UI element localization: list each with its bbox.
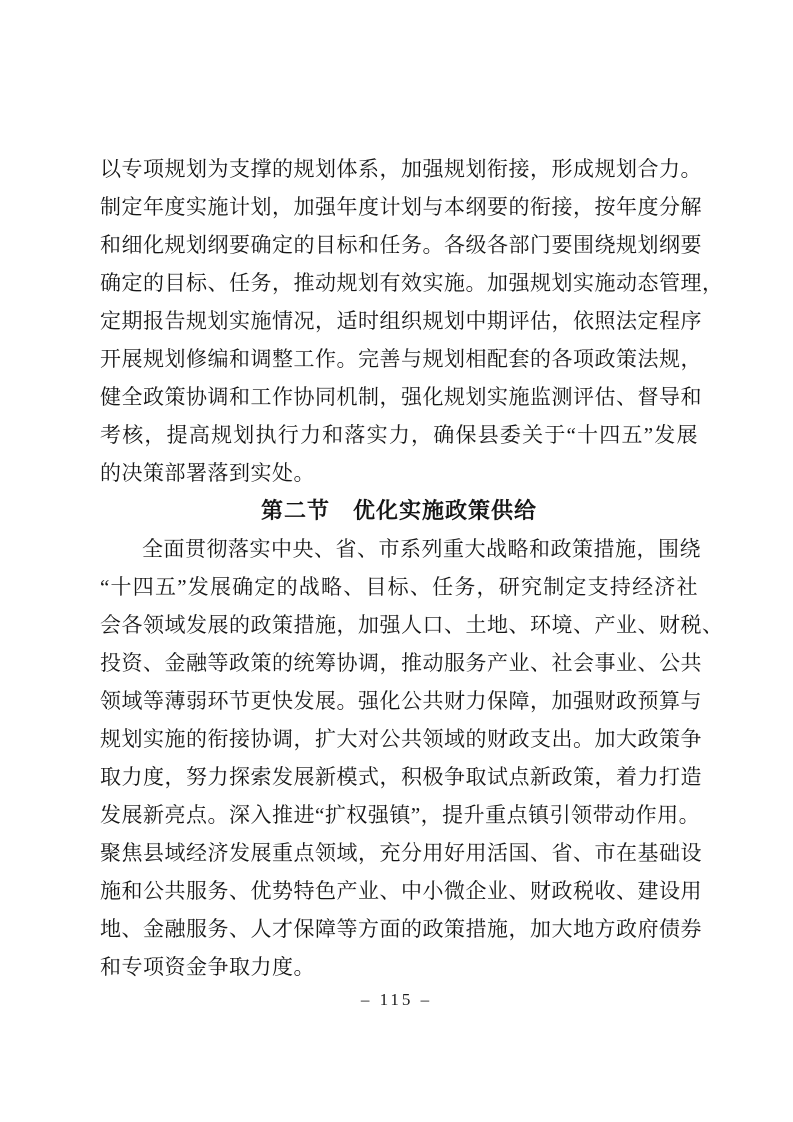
text-line: 施和公共服务、优势特色产业、中小微企业、财政税收、建设用	[100, 872, 698, 910]
text-line: 领域等薄弱环节更快发展。强化公共财力保障，加强财政预算与	[100, 682, 698, 720]
text-line: 和细化规划纲要确定的目标和任务。各级各部门要围绕规划纲要	[100, 226, 698, 264]
text-line: 开展规划修编和调整工作。完善与规划相配套的各项政策法规，	[100, 340, 698, 378]
text-line: 投资、金融等政策的统筹协调，推动服务产业、社会事业、公共	[100, 644, 698, 682]
text-line: 的决策部署落到实处。	[100, 454, 698, 492]
text-line: 发展新亮点。深入推进“扩权强镇”，提升重点镇引领带动作用。	[100, 796, 698, 834]
text-line: 考核，提高规划执行力和落实力，确保县委关于“十四五”发展	[100, 416, 698, 454]
text-block: 以专项规划为支撑的规划体系，加强规划衔接，形成规划合力。制定年度实施计划，加强年…	[100, 150, 698, 986]
text-line: 取力度，努力探索发展新模式，积极争取试点新政策，着力打造	[100, 758, 698, 796]
text-line: 和专项资金争取力度。	[100, 948, 698, 986]
text-line: 会各领域发展的政策措施，加强人口、土地、环境、产业、财税、	[100, 606, 698, 644]
text-line: 制定年度实施计划，加强年度计划与本纲要的衔接，按年度分解	[100, 188, 698, 226]
text-line: “十四五”发展确定的战略、目标、任务，研究制定支持经济社	[100, 568, 698, 606]
text-line: 确定的目标、任务，推动规划有效实施。加强规划实施动态管理，	[100, 264, 698, 302]
text-line: 健全政策协调和工作协同机制，强化规划实施监测评估、督导和	[100, 378, 698, 416]
paragraph-policy: 全面贯彻落实中央、省、市系列重大战略和政策措施，围绕“十四五”发展确定的战略、目…	[100, 530, 698, 986]
text-line: 聚焦县域经济发展重点领域，充分用好用活国、省、市在基础设	[100, 834, 698, 872]
text-line: 以专项规划为支撑的规划体系，加强规划衔接，形成规划合力。	[100, 150, 698, 188]
section-heading: 第二节 优化实施政策供给	[100, 492, 698, 530]
text-line: 地、金融服务、人才保障等方面的政策措施，加大地方政府债券	[100, 910, 698, 948]
text-line: 规划实施的衔接协调，扩大对公共领域的财政支出。加大政策争	[100, 720, 698, 758]
text-line: 全面贯彻落实中央、省、市系列重大战略和政策措施，围绕	[100, 530, 698, 568]
document-page: 以专项规划为支撑的规划体系，加强规划衔接，形成规划合力。制定年度实施计划，加强年…	[0, 0, 793, 1122]
text-line: 定期报告规划实施情况，适时组织规划中期评估，依照法定程序	[100, 302, 698, 340]
paragraph-continuation: 以专项规划为支撑的规划体系，加强规划衔接，形成规划合力。制定年度实施计划，加强年…	[100, 150, 698, 492]
page-number: – 115 –	[0, 990, 793, 1010]
